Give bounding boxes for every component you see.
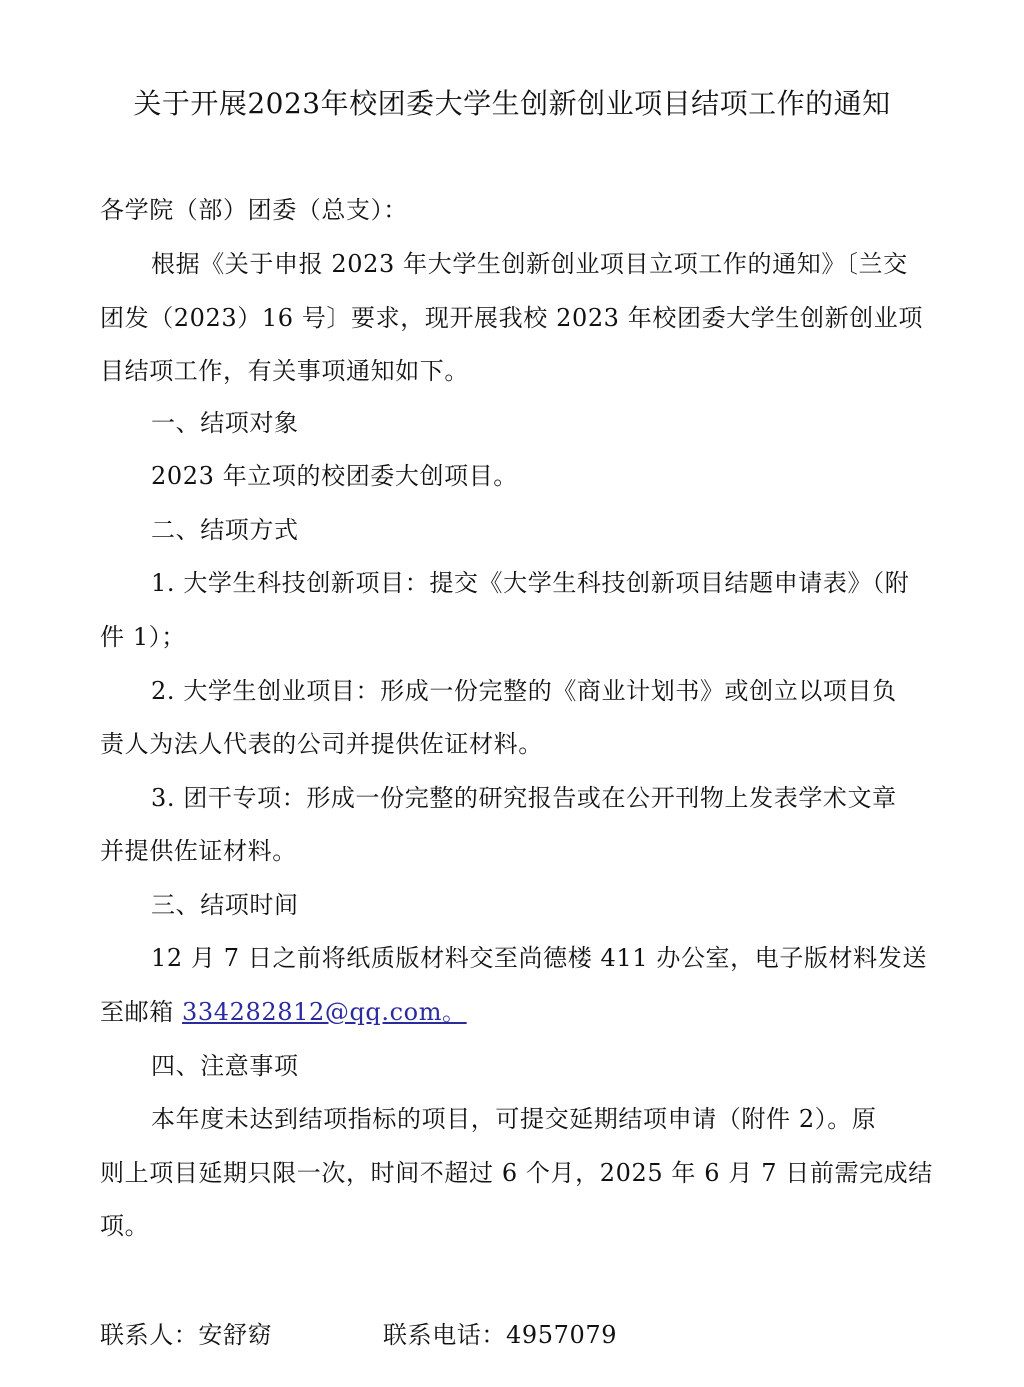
contact-phone-label: 联系电话： (383, 1321, 506, 1349)
contact-person-label: 联系人： (100, 1321, 198, 1349)
method-item-2-line-2: 责人为法人代表的公司并提供佐证材料。 (100, 726, 543, 762)
method-item-3-line-1: 3. 团干专项：形成一份完整的研究报告或在公开刊物上发表学术文章 (151, 780, 897, 816)
notes-line-2: 则上项目延期只限一次，时间不超过 6 个月，2025 年 6 月 7 日前需完成… (100, 1155, 933, 1191)
salutation: 各学院（部）团委（总支）： (100, 192, 408, 228)
email-link[interactable]: 334282812@qq.com。 (182, 998, 467, 1026)
method-item-1-line-2: 件 1）； (100, 619, 186, 655)
intro-line-2: 团发（2023）16 号〕要求，现开展我校 2023 年校团委大学生创新创业项 (100, 300, 923, 336)
intro-line-1: 根据《关于申报 2023 年大学生创新创业项目立项工作的通知》〔兰交 (151, 246, 908, 282)
time-line-2: 至邮箱 334282812@qq.com。 (100, 994, 467, 1030)
section-scope-text: 2023 年立项的校团委大创项目。 (151, 458, 518, 494)
section-heading-method: 二、结项方式 (151, 512, 299, 548)
email-prefix: 至邮箱 (100, 998, 182, 1026)
contact-phone: 联系电话：4957079 (383, 1317, 617, 1353)
contact-person: 联系人：安舒窈 (100, 1317, 272, 1353)
document-title: 关于开展2023年校团委大学生创新创业项目结项工作的通知 (0, 84, 1024, 124)
intro-line-3: 目结项工作，有关事项通知如下。 (100, 353, 469, 389)
document-page: 关于开展2023年校团委大学生创新创业项目结项工作的通知 各学院（部）团委（总支… (0, 0, 1024, 1387)
contact-phone-number: 4957079 (506, 1321, 617, 1349)
section-heading-notes: 四、注意事项 (151, 1048, 299, 1084)
method-item-3-line-2: 并提供佐证材料。 (100, 833, 297, 869)
section-heading-scope: 一、结项对象 (151, 405, 299, 441)
method-item-1-line-1: 1. 大学生科技创新项目：提交《大学生科技创新项目结题申请表》（附 (151, 565, 909, 601)
method-item-2-line-1: 2. 大学生创业项目：形成一份完整的《商业计划书》或创立以项目负 (151, 673, 897, 709)
notes-line-3: 项。 (100, 1208, 149, 1244)
section-heading-time: 三、结项时间 (151, 887, 299, 923)
time-line-1: 12 月 7 日之前将纸质版材料交至尚德楼 411 办公室，电子版材料发送 (151, 940, 927, 976)
notes-line-1: 本年度未达到结项指标的项目，可提交延期结项申请（附件 2）。原 (151, 1101, 877, 1137)
contact-person-name: 安舒窈 (198, 1321, 272, 1349)
